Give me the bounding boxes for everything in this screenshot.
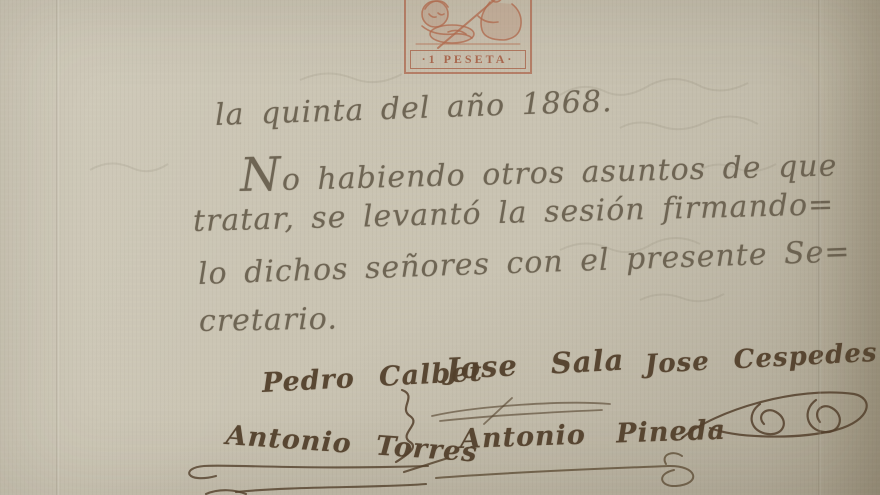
paper-fold-line-left	[56, 0, 59, 495]
signature-antonio-torres: Antonio Torres	[225, 420, 479, 469]
manuscript-photo: ·1 PESETA· la quinta del año 1868. No ha…	[0, 0, 880, 495]
stamp-lion-and-allegory-icon	[408, 0, 528, 52]
manuscript-line-4: lo dichos señores con el presente Se=	[197, 234, 851, 292]
revenue-stamp: ·1 PESETA·	[404, 0, 532, 74]
signature-jose-sala: Jose Sala	[445, 343, 625, 386]
manuscript-line-1: la quinta del año 1868.	[214, 84, 613, 133]
signature-antonio-pineda: Antonio Pineda	[459, 415, 726, 455]
stamp-denomination: ·1 PESETA·	[410, 50, 526, 69]
manuscript-line-5: cretario.	[199, 302, 338, 339]
signature-jose-cespedes: Jose Cespedes	[644, 338, 878, 380]
